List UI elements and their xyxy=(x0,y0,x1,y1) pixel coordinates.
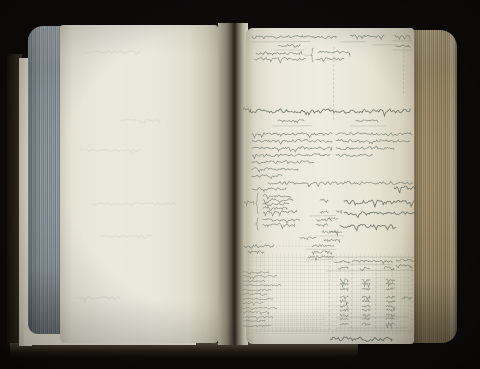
page-edge-stack-left xyxy=(28,26,64,334)
book-gutter-spine-shadow xyxy=(218,23,248,345)
page-edge-stack-right xyxy=(414,30,457,343)
book-cover-bottom-edge xyxy=(10,343,358,358)
archival-photo xyxy=(0,0,480,369)
squared-grid-region xyxy=(248,254,412,334)
left-page-blank xyxy=(60,25,218,343)
right-page-ledger xyxy=(246,28,414,344)
